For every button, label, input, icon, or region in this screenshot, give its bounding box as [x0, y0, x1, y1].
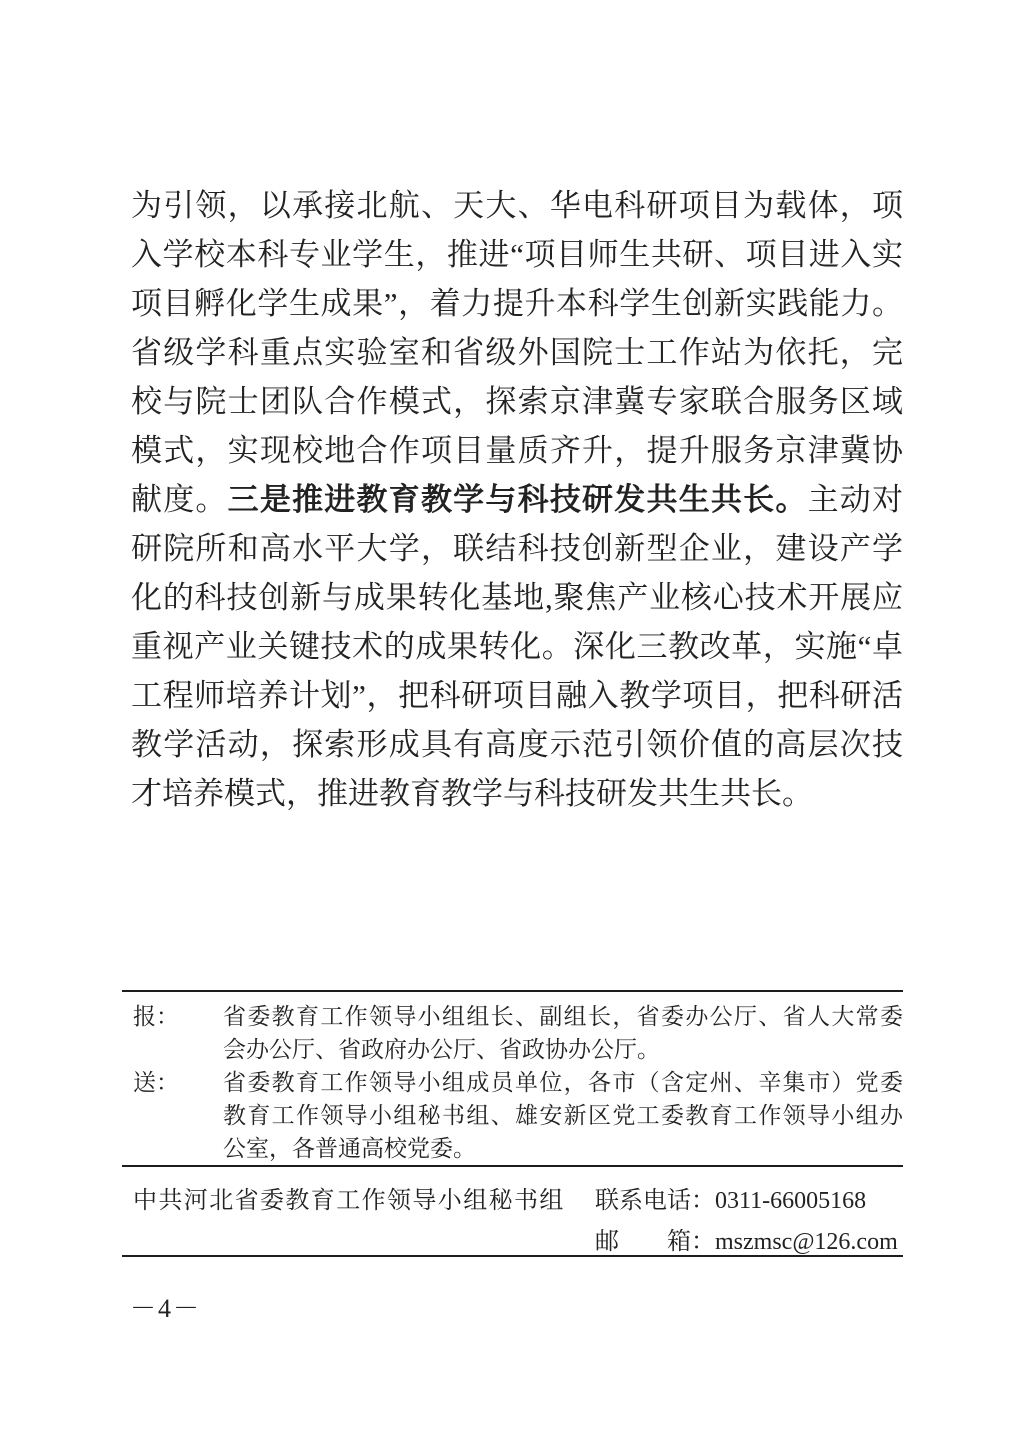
secretariat-top-rule	[122, 1165, 903, 1167]
distribution-list: 报： 省委教育工作领导小组组长、副组长，省委办公厅、省人大常委 会办公厅、省政府…	[133, 1000, 903, 1165]
send-to-content: 省委教育工作领导小组成员单位，各市（含定州、辛集市）党委 教育工作领导小组秘书组…	[223, 1066, 903, 1165]
secretariat-bottom-rule	[122, 1255, 903, 1257]
report-to-line: 会办公厅、省政府办公厅、省政协办公厅。	[223, 1033, 903, 1066]
phone-label: 联系电话：	[595, 1188, 715, 1214]
report-to-content: 省委教育工作领导小组组长、副组长，省委办公厅、省人大常委 会办公厅、省政府办公厅…	[223, 1000, 903, 1066]
body-line: 校与院士团队合作模式，探索京津冀专家联合服务区域产业企业	[131, 377, 903, 426]
body-line: 入学校本科专业学生，推进“项目师生共研、项目进入实践课堂、	[131, 230, 903, 279]
phone-number: 0311-66005168	[715, 1188, 866, 1214]
send-to-line: 教育工作领导小组秘书组、雄安新区党工委教育工作领导小组办	[223, 1099, 903, 1132]
body-text-segment: 献度。	[131, 482, 228, 517]
secretariat-block: 中共河北省委教育工作领导小组秘书组 联系电话：0311-66005168 邮 箱…	[133, 1180, 903, 1250]
body-line: 重视产业关键技术的成果转化。深化三教改革，实施“卓越现场	[131, 622, 903, 671]
body-line: 教学活动，探索形成具有高度示范引领价值的高层次技术技能人	[131, 720, 903, 769]
email-address: mszmsc@126.com	[715, 1229, 898, 1255]
report-to-label: 报：	[133, 1000, 179, 1033]
body-line: 模式，实现校地合作项目量质齐升，提升服务京津冀协同发展贡	[131, 426, 903, 475]
distribution-entry-send: 送： 省委教育工作领导小组成员单位，各市（含定州、辛集市）党委 教育工作领导小组…	[133, 1066, 903, 1165]
document-page: 为引领，以承接北航、天大、华电科研项目为载体，项目成员引 入学校本科专业学生，推…	[0, 0, 1024, 1448]
distribution-top-rule	[122, 990, 903, 992]
body-line-last: 才培养模式，推进教育教学与科技研发共生共长。	[131, 769, 903, 818]
send-to-line: 省委教育工作领导小组成员单位，各市（含定州、辛集市）党委	[223, 1066, 903, 1099]
body-paragraph: 为引领，以承接北航、天大、华电科研项目为载体，项目成员引 入学校本科专业学生，推…	[131, 181, 903, 818]
body-line: 研院所和高水平大学，联结科技创新型企业，建设产学研用一体	[131, 524, 903, 573]
send-to-line: 公室，各普通高校党委。	[223, 1132, 903, 1165]
body-line: 为引领，以承接北航、天大、华电科研项目为载体，项目成员引	[131, 181, 903, 230]
bold-subheading-segment: 三是推进教育教学与科技研发共生共长。	[228, 482, 808, 517]
email-label: 邮 箱：	[595, 1229, 715, 1255]
issuing-org-name: 中共河北省委教育工作领导小组秘书组	[133, 1180, 565, 1215]
send-to-label: 送：	[133, 1066, 179, 1099]
body-line: 工程师培养计划”，把科研项目融入教学项目，把科研活动融入	[131, 671, 903, 720]
contact-phone: 联系电话：0311-66005168	[595, 1180, 866, 1215]
contact-email: 邮 箱：mszmsc@126.com	[595, 1221, 898, 1256]
page-number: －4－	[130, 1288, 201, 1325]
body-line-with-bold-heading: 献度。三是推进教育教学与科技研发共生共长。主动对接京津科	[131, 475, 903, 524]
distribution-entry-report: 报： 省委教育工作领导小组组长、副组长，省委办公厅、省人大常委 会办公厅、省政府…	[133, 1000, 903, 1066]
body-line: 化的科技创新与成果转化基地,聚焦产业核心技术开展应用研究，	[131, 573, 903, 622]
body-line: 项目孵化学生成果”，着力提升本科学生创新实践能力。以学校	[131, 279, 903, 328]
report-to-line: 省委教育工作领导小组组长、副组长，省委办公厅、省人大常委	[223, 1000, 903, 1033]
body-line: 省级学科重点实验室和省级外国院士工作站为依托，完善职业院	[131, 328, 903, 377]
